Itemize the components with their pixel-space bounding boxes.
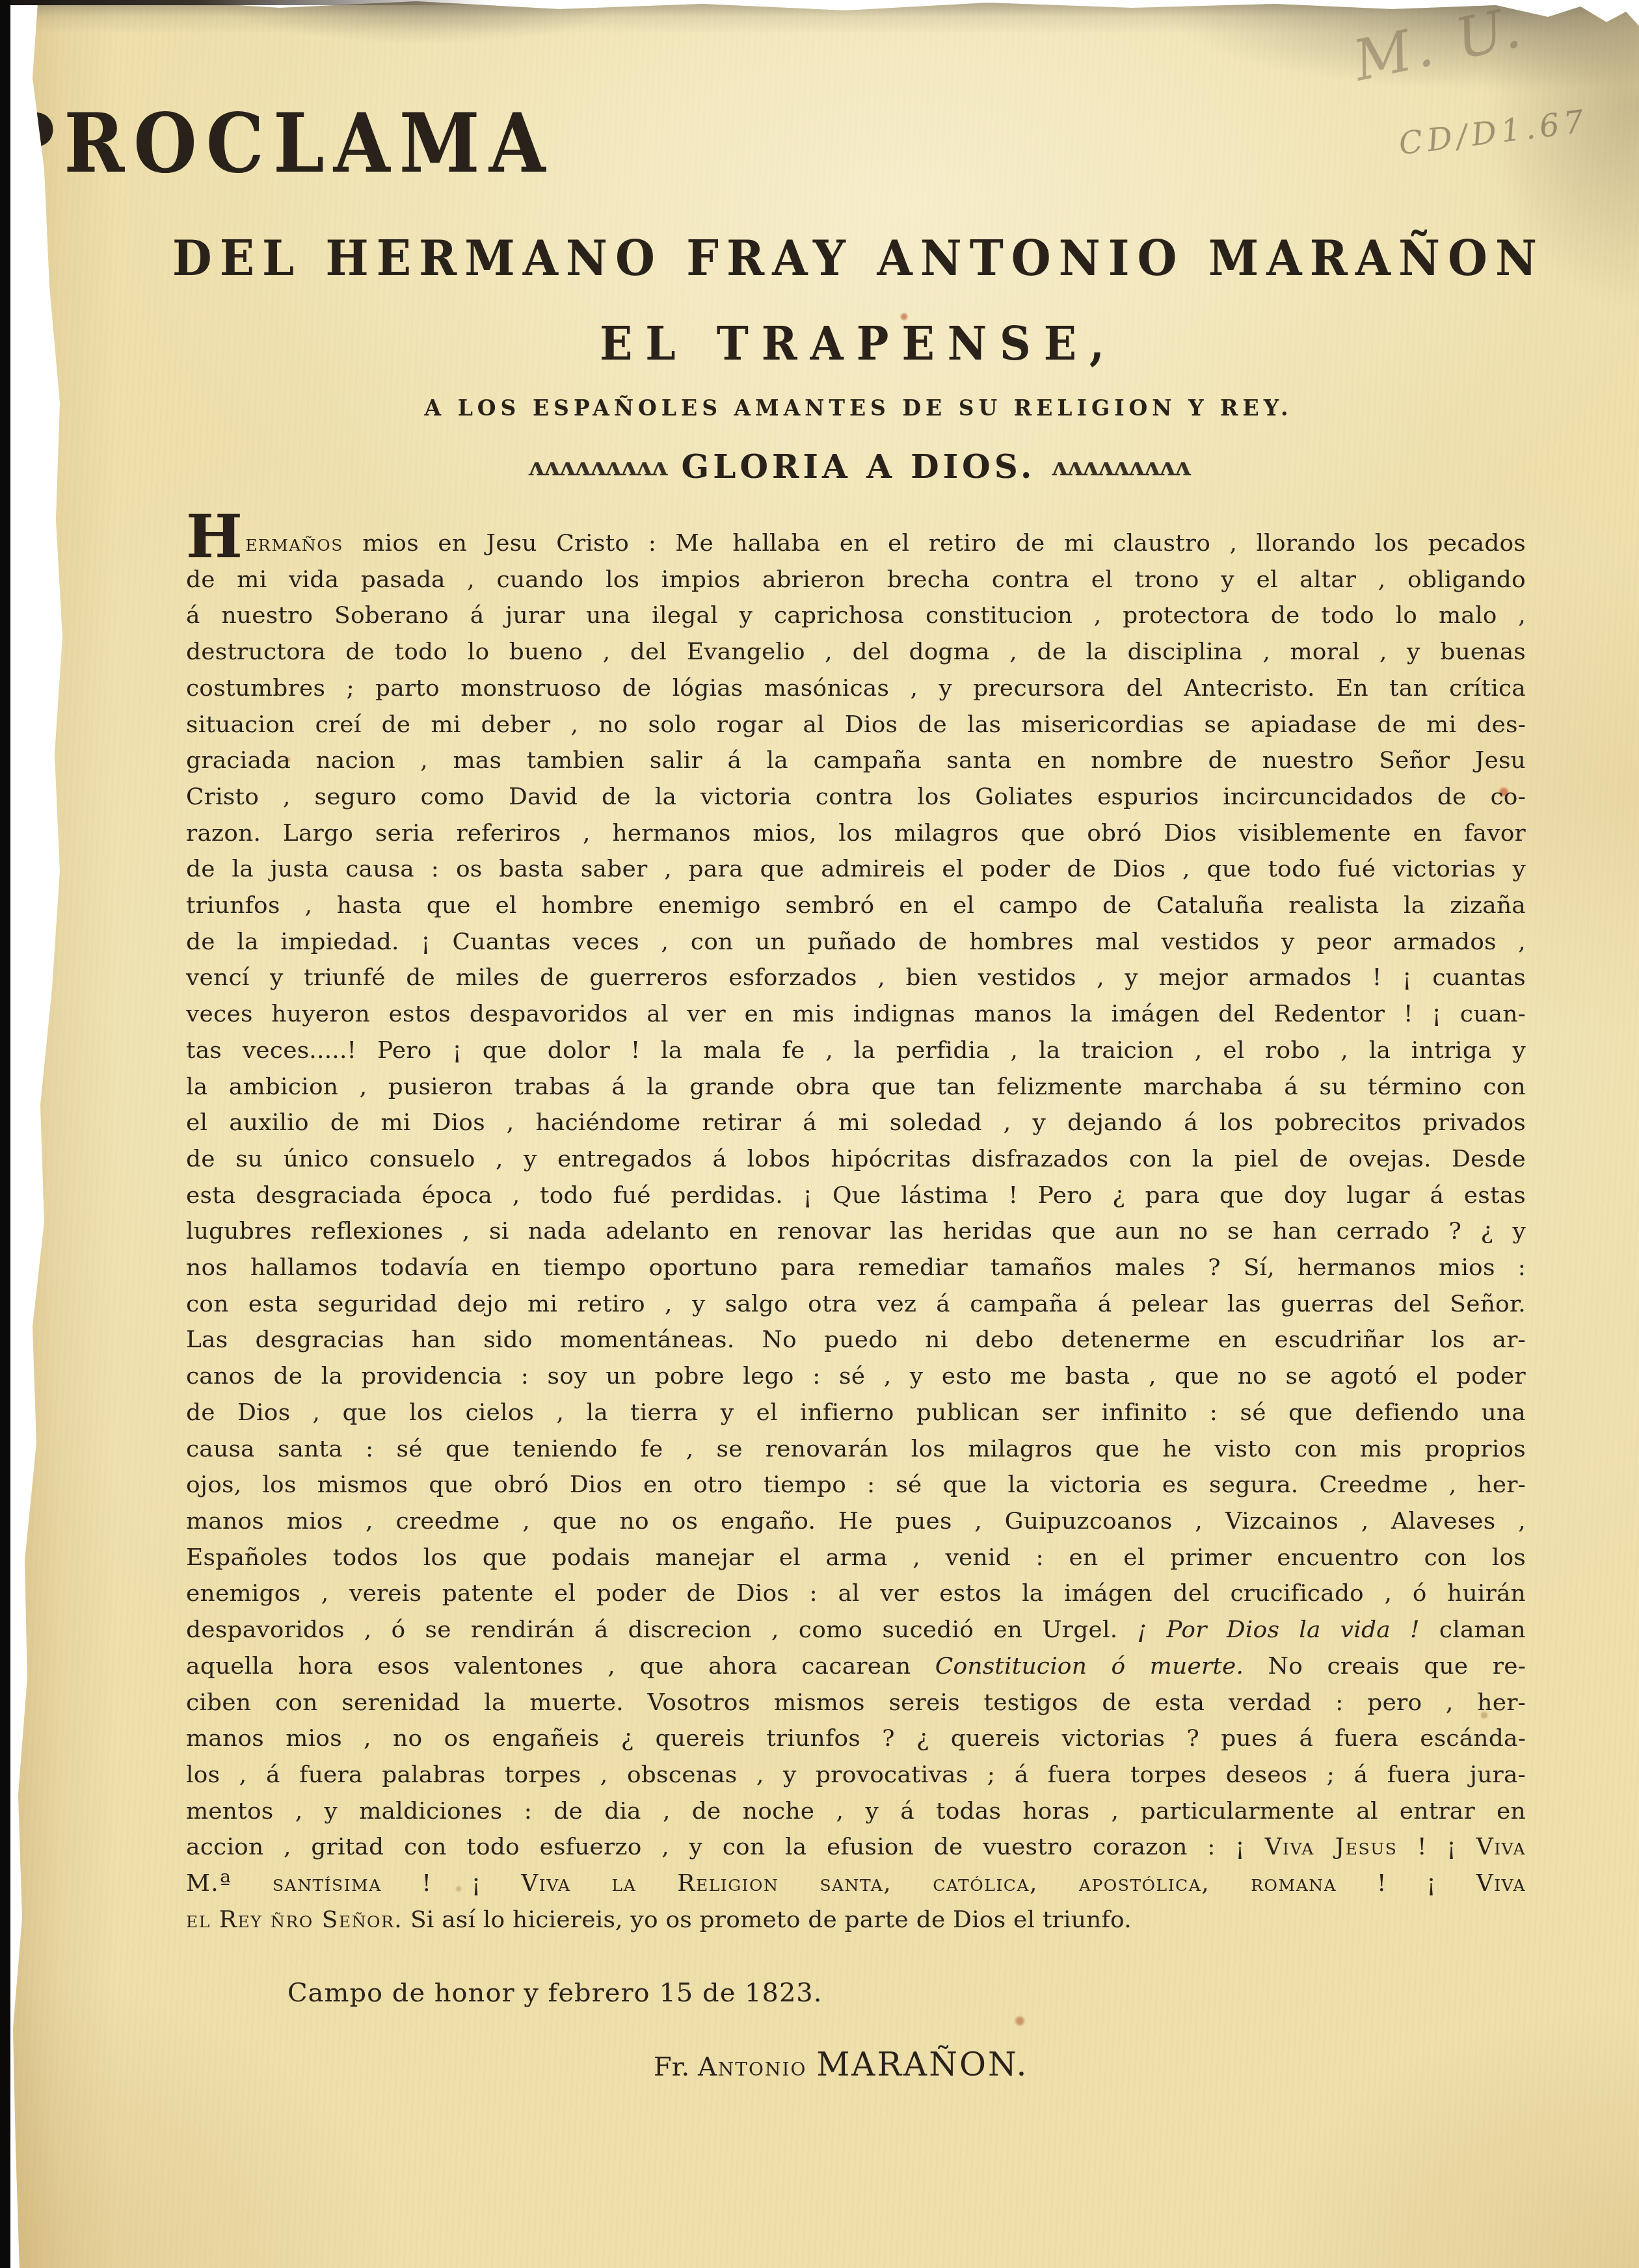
text-segment: claman xyxy=(1420,1616,1526,1643)
motto-line: ʌʌʌʌʌʌʌʌʌ GLORIA A DIOS. ʌʌʌʌʌʌʌʌʌ xyxy=(98,447,1619,486)
text-line: veces huyeron estos despavoridos al ver … xyxy=(186,996,1526,1033)
text-segment: la ambicion , pusieron trabas á la grand… xyxy=(186,1074,1526,1100)
text-segment: triunfos , hasta que el hombre enemigo s… xyxy=(186,892,1526,919)
text-segment: ¡ Por Dios la vida ! xyxy=(1138,1616,1420,1643)
text-segment: costumbres ; parto monstruoso de lógias … xyxy=(186,675,1526,702)
text-line: razon. Largo seria referiros , hermanos … xyxy=(186,815,1526,852)
text-segment: nos hallamos todavía en tiempo oportuno … xyxy=(186,1254,1526,1281)
text-line: nos hallamos todavía en tiempo oportuno … xyxy=(186,1250,1526,1286)
text-segment: lugubres reflexiones , si nada adelanto … xyxy=(186,1218,1526,1245)
text-line: manos mios , creedme , que no os engaño.… xyxy=(186,1503,1526,1540)
text-line: enemigos , vereis patente el poder de Di… xyxy=(186,1576,1526,1612)
text-line: tas veces.....! Pero ¡ que dolor ! la ma… xyxy=(186,1033,1526,1069)
text-line: Las desgracias han sido momentáneas. No … xyxy=(186,1322,1526,1358)
drop-cap: H xyxy=(186,501,243,572)
text-segment: Viva xyxy=(1476,1834,1526,1860)
text-segment: de la justa causa : os basta saber , par… xyxy=(186,856,1526,882)
page-subtitle: DEL HERMANO FRAY ANTONIO MARAÑON xyxy=(98,229,1619,287)
text-segment: el auxilio de mi Dios , haciéndome retir… xyxy=(186,1109,1526,1136)
text-line: canos de la providencia : soy un pobre l… xyxy=(186,1358,1526,1395)
text-line: la ambicion , pusieron trabas á la grand… xyxy=(186,1069,1526,1105)
signature-surname: MARAÑON. xyxy=(816,2046,1028,2083)
date-line: Campo de honor y febrero 15 de 1823. xyxy=(287,1978,823,2008)
text-segment: los , á fuera palabras torpes , obscenas… xyxy=(186,1761,1526,1788)
text-line: costumbres ; parto monstruoso de lógias … xyxy=(186,670,1526,707)
text-line: manos mios , no os engañeis ¿ quereis tr… xyxy=(186,1721,1526,1757)
signature-name: Antonio xyxy=(698,2052,816,2082)
left-flourish-ornament: ʌʌʌʌʌʌʌʌʌ xyxy=(527,451,666,482)
text-segment: ! ¡ xyxy=(1337,1870,1476,1897)
page-title: PROCLAMA xyxy=(0,96,555,192)
text-segment: ojos, los mismos que obró Dios en otro t… xyxy=(186,1471,1526,1498)
text-segment: Españoles todos los que podais manejar e… xyxy=(186,1544,1526,1571)
text-segment: de la impiedad. ¡ Cuantas veces , con un… xyxy=(186,929,1526,955)
text-segment: esta desgraciada época , todo fué perdid… xyxy=(186,1182,1526,1209)
text-segment: Viva xyxy=(1476,1870,1526,1897)
text-segment: aquella hora esos valentones , que ahora… xyxy=(186,1653,935,1680)
text-line: Cristo , seguro como David de la victori… xyxy=(186,779,1526,815)
text-line: de Dios , que los cielos , la tierra y e… xyxy=(186,1395,1526,1431)
text-segment: razon. Largo seria referiros , hermanos … xyxy=(186,820,1526,847)
text-segment: canos de la providencia : soy un pobre l… xyxy=(186,1363,1526,1390)
text-line: de su único consuelo , y entregados á lo… xyxy=(186,1141,1526,1178)
text-segment: mios en Jesu Cristo : Me hallaba en el r… xyxy=(343,530,1526,557)
text-segment: Cristo , seguro como David de la victori… xyxy=(186,784,1526,810)
text-line: situacion creí de mi deber , no solo rog… xyxy=(186,707,1526,743)
text-segment: el Rey ñro Señor. xyxy=(186,1906,403,1933)
text-segment: situacion creí de mi deber , no solo rog… xyxy=(186,711,1526,738)
text-segment: de mi vida pasada , cuando los impios ab… xyxy=(186,566,1526,593)
text-segment: Constitucion ó muerte. xyxy=(935,1653,1244,1680)
text-segment: ! ¡ xyxy=(1397,1834,1476,1860)
pencil-annotation-initials: M. U. xyxy=(1348,0,1530,94)
text-segment: enemigos , vereis patente el poder de Di… xyxy=(186,1580,1526,1607)
text-segment: ciben con serenidad la muerte. Vosotros … xyxy=(186,1689,1526,1716)
text-segment: accion , gritad con todo esfuerzo , y co… xyxy=(186,1834,1265,1860)
text-segment: manos mios , no os engañeis ¿ quereis tr… xyxy=(186,1725,1526,1752)
dedication-line: A LOS ESPAÑOLES AMANTES DE SU RELIGION Y… xyxy=(98,395,1619,421)
text-segment: á nuestro Soberano á jurar una ilegal y … xyxy=(186,602,1526,629)
text-line: triunfos , hasta que el hombre enemigo s… xyxy=(186,888,1526,924)
text-line: Españoles todos los que podais manejar e… xyxy=(186,1540,1526,1576)
scanner-edge-top xyxy=(0,0,1639,5)
text-segment: destructora de todo lo bueno , del Evang… xyxy=(186,639,1526,665)
text-line: despavoridos , ó se rendirán á discrecio… xyxy=(186,1612,1526,1648)
text-segment: mentos , y maldiciones : de dia , de noc… xyxy=(186,1798,1526,1825)
right-flourish-ornament: ʌʌʌʌʌʌʌʌʌ xyxy=(1051,451,1190,482)
text-segment: manos mios , creedme , que no os engaño.… xyxy=(186,1508,1526,1535)
text-segment: No creais que re- xyxy=(1244,1653,1526,1680)
text-segment: Viva Jesus xyxy=(1265,1834,1398,1860)
text-line: accion , gritad con todo esfuerzo , y co… xyxy=(186,1829,1526,1866)
text-line: de mi vida pasada , cuando los impios ab… xyxy=(186,562,1526,598)
text-segment: de Dios , que los cielos , la tierra y e… xyxy=(186,1399,1526,1426)
text-line: graciada nacion , mas tambien salir á la… xyxy=(186,743,1526,779)
document-page: PROCLAMA DEL HERMANO FRAY ANTONIO MARAÑO… xyxy=(0,0,1639,2268)
text-segment: graciada nacion , mas tambien salir á la… xyxy=(186,747,1526,774)
text-line: ciben con serenidad la muerte. Vosotros … xyxy=(186,1685,1526,1721)
text-line: lugubres reflexiones , si nada adelanto … xyxy=(186,1213,1526,1250)
text-line: ojos, los mismos que obró Dios en otro t… xyxy=(186,1467,1526,1503)
text-segment: M.ª santísima xyxy=(186,1870,382,1897)
text-line: aquella hora esos valentones , que ahora… xyxy=(186,1648,1526,1685)
text-segment: de su único consuelo , y entregados á lo… xyxy=(186,1146,1526,1172)
text-segment: con esta seguridad dejo mi retiro , y sa… xyxy=(186,1291,1526,1317)
signature-prefix: Fr. xyxy=(654,2052,698,2082)
text-segment: Si así lo hiciereis, yo os prometo de pa… xyxy=(403,1906,1132,1933)
text-line: M.ª santísima ! ¡ Viva la Religion santa… xyxy=(186,1866,1526,1902)
text-segment: tas veces.....! Pero ¡ que dolor ! la ma… xyxy=(186,1037,1526,1064)
text-line: Hermaños mios en Jesu Cristo : Me hallab… xyxy=(186,525,1526,562)
text-line: mentos , y maldiciones : de dia , de noc… xyxy=(186,1793,1526,1830)
scanned-document: PROCLAMA DEL HERMANO FRAY ANTONIO MARAÑO… xyxy=(0,0,1639,2268)
text-line: el auxilio de mi Dios , haciéndome retir… xyxy=(186,1105,1526,1141)
text-line: los , á fuera palabras torpes , obscenas… xyxy=(186,1757,1526,1793)
text-line: el Rey ñro Señor. Si así lo hiciereis, y… xyxy=(186,1902,1526,1938)
text-line: causa santa : sé que teniendo fe , se re… xyxy=(186,1431,1526,1468)
text-segment: Viva la Religion santa, católica, apostó… xyxy=(521,1870,1337,1897)
text-segment: ! ¡ xyxy=(382,1870,522,1897)
text-line: de la impiedad. ¡ Cuantas veces , con un… xyxy=(186,924,1526,960)
signature-line: Fr. Antonio MARAÑON. xyxy=(654,2046,1028,2083)
text-line: á nuestro Soberano á jurar una ilegal y … xyxy=(186,598,1526,634)
text-segment: causa santa : sé que teniendo fe , se re… xyxy=(186,1436,1526,1462)
text-line: de la justa causa : os basta saber , par… xyxy=(186,851,1526,888)
text-line: con esta seguridad dejo mi retiro , y sa… xyxy=(186,1286,1526,1323)
pencil-annotation-reference: CD/D1.67 xyxy=(1397,103,1590,162)
scanner-edge-strip xyxy=(0,0,10,2268)
text-segment: ermaños xyxy=(245,530,343,557)
text-line: vencí y triunfé de miles de guerreros es… xyxy=(186,960,1526,996)
text-segment: vencí y triunfé de miles de guerreros es… xyxy=(186,964,1526,991)
text-segment: despavoridos , ó se rendirán á discrecio… xyxy=(186,1616,1138,1643)
page-subtitle-2: EL TRAPENSE, xyxy=(98,316,1619,371)
text-segment: veces huyeron estos despavoridos al ver … xyxy=(186,1001,1526,1027)
motto-text: GLORIA A DIOS. xyxy=(682,447,1036,486)
text-line: destructora de todo lo bueno , del Evang… xyxy=(186,634,1526,670)
body-text: Hermaños mios en Jesu Cristo : Me hallab… xyxy=(186,525,1526,1938)
text-line: esta desgraciada época , todo fué perdid… xyxy=(186,1178,1526,1214)
text-segment: Las desgracias han sido momentáneas. No … xyxy=(186,1326,1526,1353)
